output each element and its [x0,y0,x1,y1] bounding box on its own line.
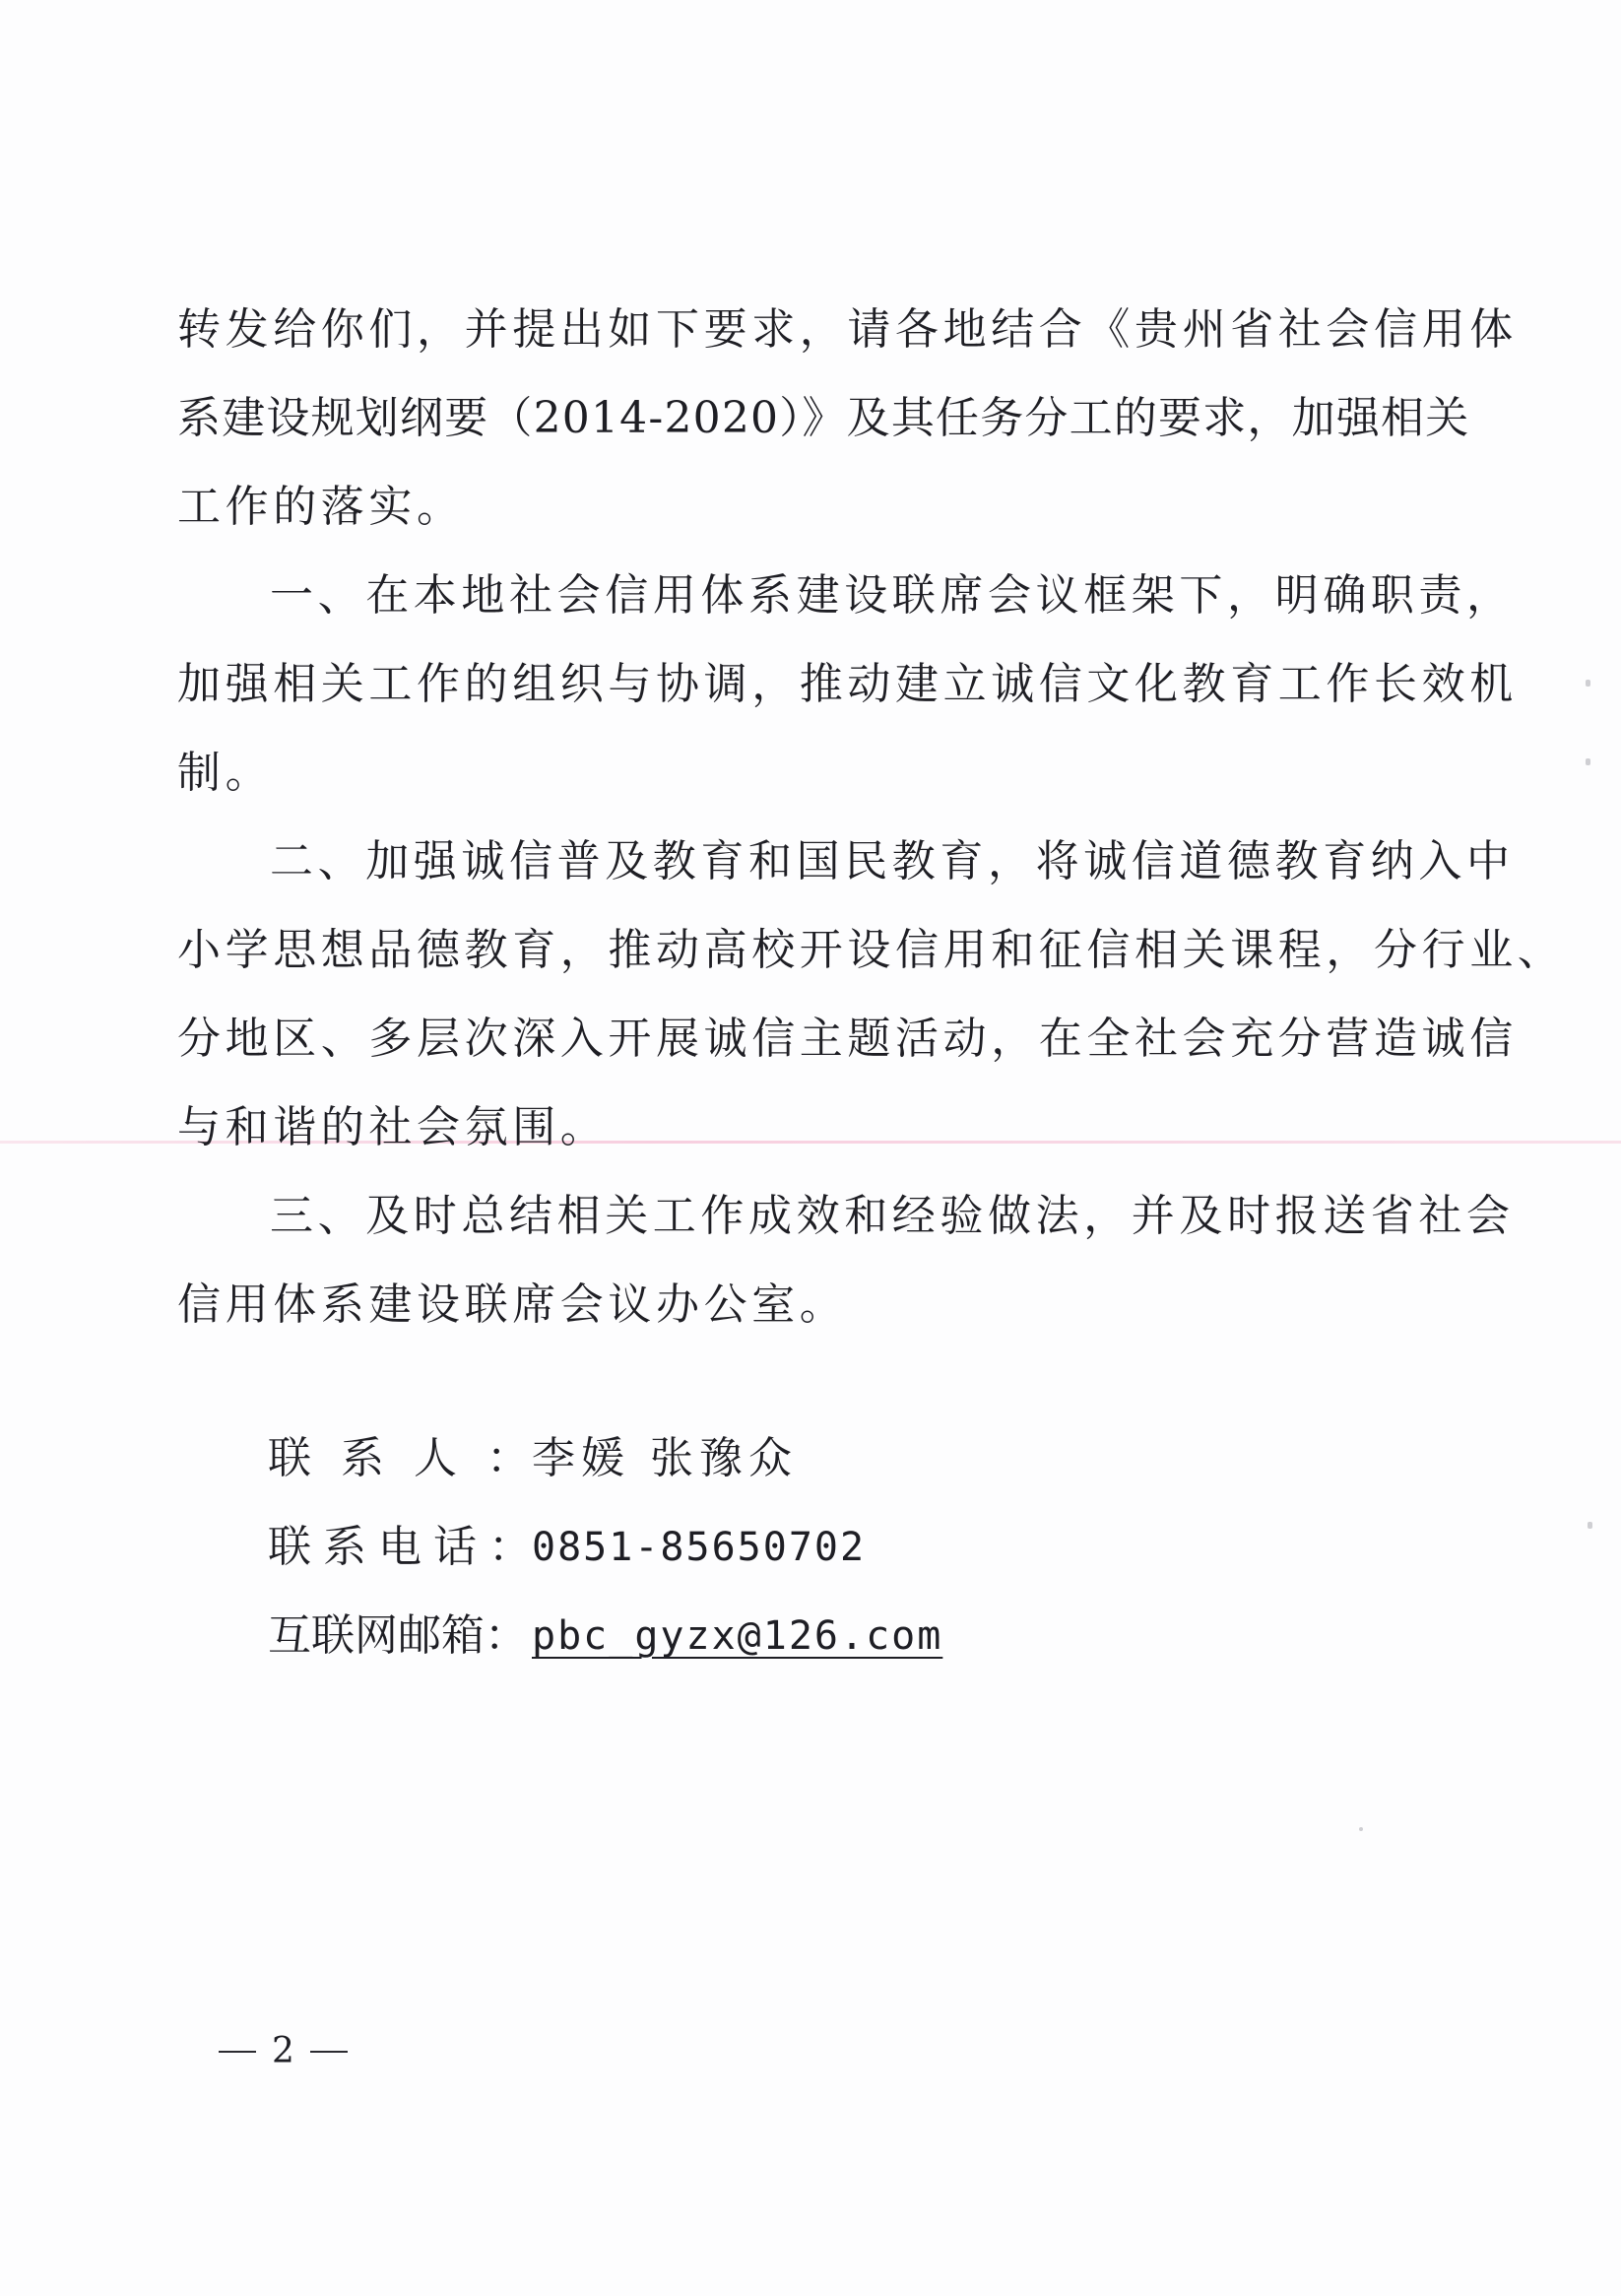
page-number-dash-right [310,2051,348,2053]
text-line: 转发给你们，并提出如下要求，请各地结合《贵州省社会信用体 [177,297,1398,386]
page-number: 2 [219,2031,348,2071]
contact-person-label: 联系人： [268,1426,532,1515]
contact-phone-row: 联系电话： 0851-85650702 [268,1515,942,1604]
scan-speck [1588,1522,1592,1529]
paragraph-intro: 转发给你们，并提出如下要求，请各地结合《贵州省社会信用体 系建设规划纲要（201… [177,297,1398,563]
contact-phone-label: 联系电话： [268,1515,532,1604]
scan-speck [1586,680,1590,687]
contact-email-label: 互联网邮箱： [268,1604,532,1692]
contact-phone-value: 0851-85650702 [532,1515,866,1604]
text-line: 分地区、多层次深入开展诚信主题活动，在全社会充分营造诚信 [177,1007,1398,1095]
text-line: 三、及时总结相关工作成效和经验做法，并及时报送省社会 [177,1184,1398,1273]
contact-email-link[interactable]: pbc_gyzx@126.com [532,1604,942,1692]
text-line: 小学思想品德教育，推动高校开设信用和征信相关课程，分行业、 [177,918,1398,1007]
text-line: 与和谐的社会氛围。 [177,1095,1398,1184]
text-line: 工作的落实。 [177,475,1398,563]
text-line: 二、加强诚信普及教育和国民教育，将诚信道德教育纳入中 [177,829,1398,918]
contact-email-row: 互联网邮箱： pbc_gyzx@126.com [268,1604,942,1692]
text-line: 信用体系建设联席会议办公室。 [177,1273,1398,1361]
document-page: 转发给你们，并提出如下要求，请各地结合《贵州省社会信用体 系建设规划纲要（201… [0,0,1621,2296]
text-line: 制。 [177,741,1398,829]
page-number-value: 2 [272,2031,294,2071]
page-number-dash-left [219,2051,256,2053]
paragraph-item-1: 一、在本地社会信用体系建设联席会议框架下，明确职责， 加强相关工作的组织与协调，… [177,563,1398,829]
paragraph-item-2: 二、加强诚信普及教育和国民教育，将诚信道德教育纳入中 小学思想品德教育，推动高校… [177,829,1398,1184]
scan-speck [1359,1827,1363,1831]
text-line: 一、在本地社会信用体系建设联席会议框架下，明确职责， [177,563,1398,652]
scan-speck [1586,758,1590,765]
text-line: 系建设规划纲要（2014-2020）》及其任务分工的要求，加强相关 [177,386,1398,475]
document-body: 转发给你们，并提出如下要求，请各地结合《贵州省社会信用体 系建设规划纲要（201… [177,297,1398,1361]
contact-person-value: 李媛 张豫众 [532,1426,798,1515]
contact-block: 联系人： 李媛 张豫众 联系电话： 0851-85650702 互联网邮箱： p… [268,1426,942,1692]
contact-person-row: 联系人： 李媛 张豫众 [268,1426,942,1515]
paragraph-item-3: 三、及时总结相关工作成效和经验做法，并及时报送省社会 信用体系建设联席会议办公室… [177,1184,1398,1361]
text-line: 加强相关工作的组织与协调，推动建立诚信文化教育工作长效机 [177,652,1398,741]
